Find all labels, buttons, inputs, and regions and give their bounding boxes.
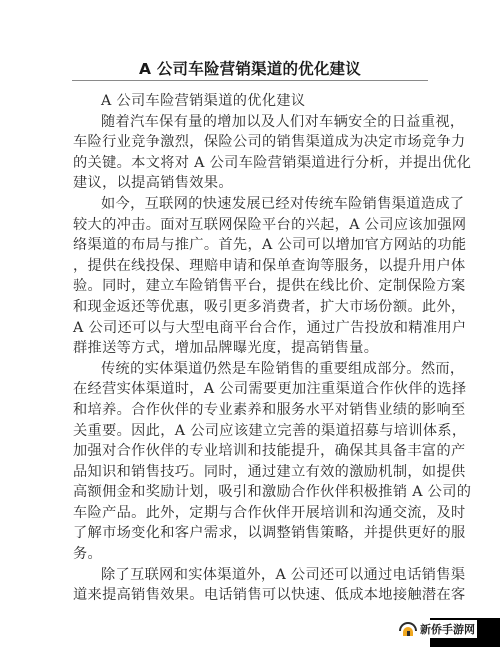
text-line: 传统的实体渠道仍然是车险销售的重要组成部分。然而， xyxy=(73,359,429,380)
text-line: 络渠道的布局与推广。首先，A 公司可以增加官方网站的功能 xyxy=(73,235,429,256)
text-line: 除了互联网和实体渠道外，A 公司还可以通过电话销售渠 xyxy=(73,565,429,586)
house-roof-icon xyxy=(399,622,417,636)
text-line: 和培养。合作伙伴的专业素养和服务水平对销售业绩的影响至 xyxy=(73,400,429,421)
watermark-text: 新侨手游网 xyxy=(420,621,475,637)
text-line: 的关键。本文将对 A 公司车险营销渠道进行分析，并提出优化 xyxy=(73,153,429,174)
title-divider xyxy=(72,80,428,81)
text-line: 群推送等方式，增加品牌曝光度，提高销售量。 xyxy=(73,338,429,359)
document-page: A 公司车险营销渠道的优化建议 A 公司车险营销渠道的优化建议随着汽车保有量的增… xyxy=(0,0,500,647)
text-line: 车险产品。此外，定期与合作伙伴开展培训和沟通交流，及时 xyxy=(73,503,429,524)
text-line: 高额佣金和奖励计划，吸引和激励合作伙伴积极推销 A 公司的 xyxy=(73,482,429,503)
text-line: 品知识和销售技巧。同时，通过建立有效的激励机制，如提供 xyxy=(73,462,429,483)
text-line: 和现金返还等优惠，吸引更多消费者，扩大市场份额。此外， xyxy=(73,297,429,318)
text-line: 建议，以提高销售效果。 xyxy=(73,173,429,194)
text-line: 在经营实体渠道时，A 公司需要更加注重渠道合作伙伴的选择 xyxy=(73,379,429,400)
text-line: 验。同时，建立车险销售平台，提供在线比价、定制保险方案 xyxy=(73,276,429,297)
text-line: 如今，互联网的快速发展已经对传统车险销售渠道造成了 xyxy=(73,194,429,215)
document-body: A 公司车险营销渠道的优化建议随着汽车保有量的增加以及人们对车辆安全的日益重视，… xyxy=(73,91,429,606)
text-line: 道来提高销售效果。电话销售可以快速、低成本地接触潜在客 xyxy=(73,585,429,606)
site-watermark: 新侨手游网 xyxy=(397,620,477,638)
text-line: A 公司车险营销渠道的优化建议 xyxy=(73,91,429,112)
text-line: 加强对合作伙伴的专业培训和技能提升，确保其具备丰富的产 xyxy=(73,441,429,462)
text-line: 了解市场变化和客户需求，以调整销售策略，并提供更好的服 xyxy=(73,523,429,544)
text-line: 随着汽车保有量的增加以及人们对车辆安全的日益重视， xyxy=(73,112,429,133)
document-title: A 公司车险营销渠道的优化建议 xyxy=(72,57,428,79)
text-line: A 公司还可以与大型电商平台合作，通过广告投放和精准用户 xyxy=(73,318,429,339)
text-line: 务。 xyxy=(73,544,429,565)
text-line: 关重要。因此，A 公司应该建立完善的渠道招募与培训体系， xyxy=(73,421,429,442)
text-line: ，提供在线投保、理赔申请和保单查询等服务，以提升用户体 xyxy=(73,256,429,277)
text-line: 较大的冲击。面对互联网保险平台的兴起，A 公司应该加强网 xyxy=(73,215,429,236)
text-line: 车险行业竞争激烈，保险公司的销售渠道成为决定市场竞争力 xyxy=(73,132,429,153)
